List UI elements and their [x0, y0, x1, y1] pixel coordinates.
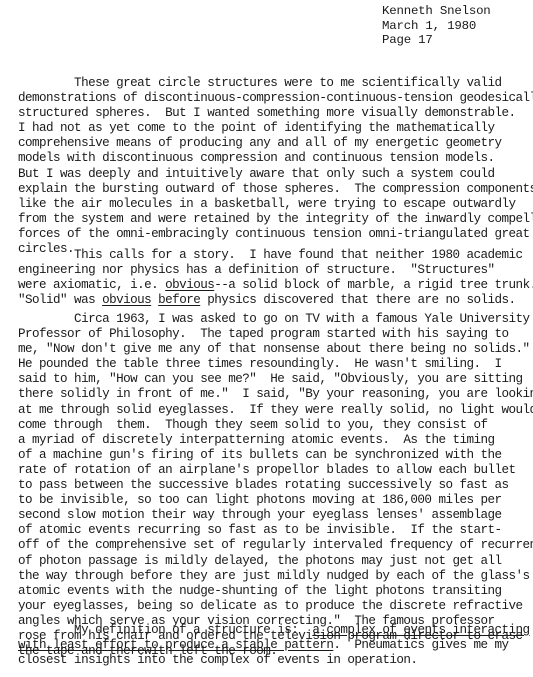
text-line: I had not as yet come to the point of id… — [18, 121, 533, 136]
text-line: were axiomatic, i.e. obvious--a solid bl… — [18, 278, 533, 293]
page-header: Kenneth Snelson March 1, 1980 Page 17 — [382, 4, 491, 48]
text-line: your eyeglasses, being so delicate as to… — [18, 599, 533, 614]
text-line: "Solid" was obvious before physics disco… — [18, 293, 533, 308]
text-line: of a machine gun's firing of its bullets… — [18, 448, 533, 463]
text-line: This calls for a story. I have found tha… — [18, 248, 533, 263]
text-line: me, "Now don't give me any of that nonse… — [18, 342, 533, 357]
text-line: with least effort to produce a stable pa… — [18, 638, 530, 653]
text-line: forces of the omni-embracingly continuou… — [18, 227, 533, 242]
page-number: Page 17 — [382, 33, 491, 48]
text-line: engineering nor physics has a definition… — [18, 263, 533, 278]
text-line: closest insights into the complex of eve… — [18, 653, 530, 668]
text-line: from the system and were retained by the… — [18, 212, 533, 227]
text-line: to pass between the successive blades ro… — [18, 478, 533, 493]
text-line: models with discontinuous compression an… — [18, 151, 533, 166]
text-line: off of the comprehensive set of regularl… — [18, 538, 533, 553]
text-line: come through them. Though they seem soli… — [18, 418, 533, 433]
text-line: rate of rotation of an airplane's propel… — [18, 463, 533, 478]
text-line: like the air molecules in a basketball, … — [18, 197, 533, 212]
text-line: structured spheres. But I wanted somethi… — [18, 106, 533, 121]
paragraph-great-circle-structures: These great circle structures were to me… — [18, 76, 533, 257]
text-line: of atomic events recurring so fast as to… — [18, 523, 533, 538]
text-line: explain the bursting outward of those sp… — [18, 182, 533, 197]
paragraph-yale-professor-story: Circa 1963, I was asked to go on TV with… — [18, 312, 533, 659]
paragraph-story-definition: This calls for a story. I have found tha… — [18, 248, 533, 308]
text-line: My definition of a structure is: a compl… — [18, 623, 530, 638]
text-line: These great circle structures were to me… — [18, 76, 533, 91]
text-line: at me through solid eyeglasses. If they … — [18, 403, 533, 418]
text-line: second slow motion their way through you… — [18, 508, 533, 523]
text-line: to be invisible, so too can light photon… — [18, 493, 533, 508]
text-line: He pounded the table three times resound… — [18, 357, 533, 372]
text-line: Professor of Philosophy. The taped progr… — [18, 327, 533, 342]
text-line: of photon passage is mildly delayed, the… — [18, 554, 533, 569]
text-line: the way through before they are just mil… — [18, 569, 533, 584]
text-line: there solidly in front of me." I said, "… — [18, 387, 533, 402]
text-line: a myriad of discretely interpatterning a… — [18, 433, 533, 448]
text-line: But I was deeply and intuitively aware t… — [18, 167, 533, 182]
text-line: said to him, "How can you see me?" He sa… — [18, 372, 533, 387]
paragraph-structure-definition: My definition of a structure is: a compl… — [18, 623, 530, 668]
text-line: atomic events with the nudge-shunting of… — [18, 584, 533, 599]
text-line: comprehensive means of producing any and… — [18, 136, 533, 151]
document-date: March 1, 1980 — [382, 19, 491, 34]
text-line: demonstrations of discontinuous-compress… — [18, 91, 533, 106]
text-line: Circa 1963, I was asked to go on TV with… — [18, 312, 533, 327]
author-name: Kenneth Snelson — [382, 4, 491, 19]
